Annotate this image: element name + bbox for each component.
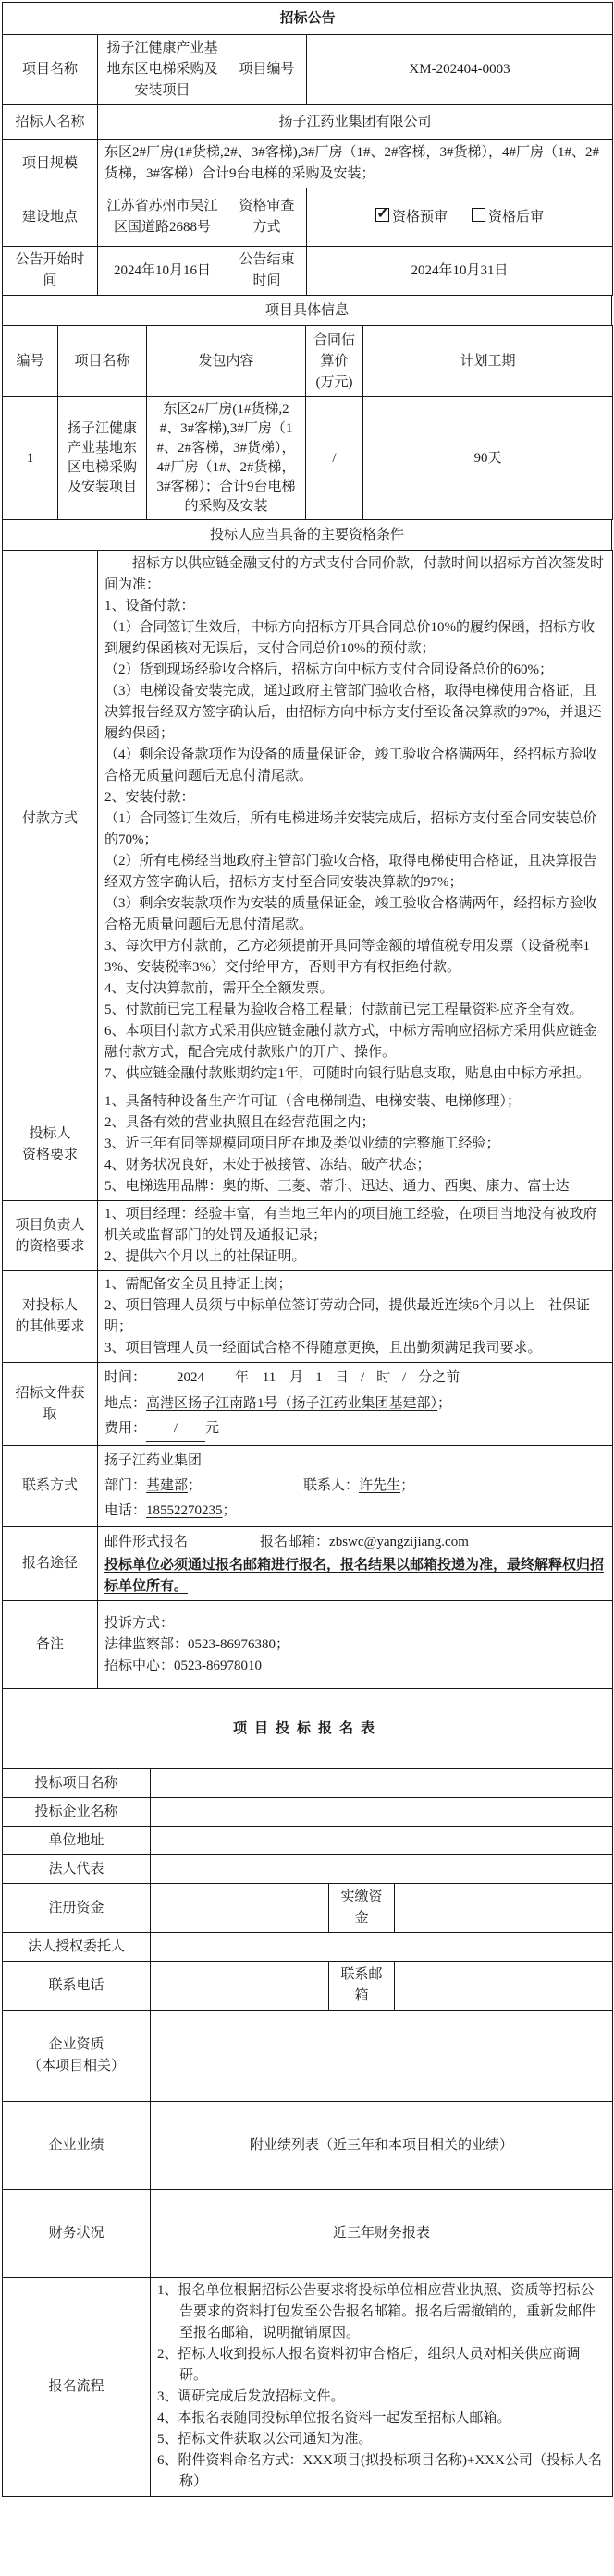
document-acquire-value: 时间：2024年11月1日/时/分之前 地点：高港区扬子江南路1号（扬子江药业集… — [98, 1363, 613, 1446]
project-no-value: XM-202404-0003 — [307, 35, 613, 105]
form-project-label: 投标项目名称 — [3, 1769, 151, 1798]
bidding-announcement-document: 招标公告 项目名称 扬子江健康产业基地东区电梯采购及安装项目 项目编号 XM-2… — [2, 2, 612, 2497]
remarks-label: 备注 — [3, 1601, 98, 1689]
signup-method: 邮件形式报名 — [104, 1535, 188, 1549]
postqualification-option-label: 资格后审 — [488, 210, 544, 225]
form-capital-field — [151, 1884, 329, 1933]
project-name-label: 项目名称 — [3, 35, 98, 105]
row-no: 1 — [3, 397, 58, 520]
form-email-label: 联系邮箱 — [329, 1962, 395, 2011]
signup-email: zbswc@yangzijiang.com — [329, 1535, 469, 1549]
contact-company: 扬子江药业集团 — [104, 1449, 606, 1474]
qualification-section-title: 投标人应当具备的主要资格条件 — [3, 520, 612, 551]
payment-method-text: 招标方以供应链金融支付的方式支付合同价款，付款时间以招标方首次签发时间为准： 1… — [98, 551, 613, 1088]
col-header-name: 项目名称 — [58, 326, 147, 397]
requirements-table: 付款方式 招标方以供应链金融支付的方式支付合同价款，付款时间以招标方首次签发时间… — [2, 550, 613, 1689]
acquire-place: 高港区扬子江南路1号（扬子江药业集团基建部） — [146, 1396, 437, 1411]
contact-person: 许先生 — [359, 1478, 400, 1493]
announcement-head-table: 招标公告 项目名称 扬子江健康产业基地东区电梯采购及安装项目 项目编号 XM-2… — [2, 2, 613, 296]
qualification-section: 投标人应当具备的主要资格条件 — [2, 519, 612, 551]
payment-method-label: 付款方式 — [3, 551, 98, 1088]
process-item: 5、招标文件获取以公司通知为准。 — [157, 2429, 606, 2450]
form-paid-capital-field — [395, 1884, 613, 1933]
form-qualification-label: 企业资质 （本项目相关） — [3, 2011, 151, 2102]
project-name-value: 扬子江健康产业基地东区电梯采购及安装项目 — [98, 35, 227, 105]
acquire-time-line: 时间：2024年11月1日/时/分之前 — [104, 1366, 606, 1391]
checked-checkbox-icon — [375, 208, 389, 222]
end-time-label: 公告结束时间 — [227, 247, 307, 296]
form-qualification-field — [151, 2011, 613, 2102]
other-requirements-label: 对投标人 的其他要求 — [3, 1271, 98, 1363]
month-blank: 11 — [249, 1366, 289, 1391]
form-finance-value: 近三年财务报表 — [151, 2190, 613, 2278]
form-company-label: 投标企业名称 — [3, 1798, 151, 1827]
signup-channel-label: 报名途径 — [3, 1527, 98, 1601]
form-phone-field — [151, 1962, 329, 2011]
location-value: 江苏省苏州市吴江区国道路2688号 — [98, 188, 227, 247]
contact-phone-line: 电话：18552270235； — [104, 1499, 606, 1524]
qualification-review-label: 资格审查方式 — [227, 188, 307, 247]
form-address-label: 单位地址 — [3, 1827, 151, 1855]
row-content: 东区2#厂房(1#货梯,2#、3#客梯),3#厂房（1#、2#客梯，3#货梯），… — [147, 397, 306, 520]
form-email-field — [395, 1962, 613, 2011]
col-header-no: 编号 — [3, 326, 58, 397]
table-row: 1 扬子江健康产业基地东区电梯采购及安装项目 东区2#厂房(1#货梯,2#、3#… — [3, 397, 613, 520]
row-project-name: 扬子江健康产业基地东区电梯采购及安装项目 — [58, 397, 147, 520]
contact-value: 扬子江药业集团 部门：基建部；联系人：许先生； 电话：18552270235； — [98, 1446, 613, 1527]
form-agent-label: 法人授权委托人 — [3, 1933, 151, 1962]
start-time-value: 2024年10月16日 — [98, 247, 227, 296]
announcement-title: 招标公告 — [3, 3, 613, 35]
start-time-label: 公告开始时间 — [3, 247, 98, 296]
tenderer-value: 扬子江药业集团有限公司 — [98, 105, 613, 140]
form-project-field — [151, 1769, 613, 1798]
other-requirements-text: 1、需配备安全员且持证上岗； 2、项目管理人员须与中标单位签订劳动合同，提供最近… — [98, 1271, 613, 1363]
form-phone-label: 联系电话 — [3, 1962, 151, 2011]
form-agent-field — [151, 1933, 613, 1962]
qualification-review-value: 资格预审资格后审 — [307, 188, 613, 247]
details-table: 编号 项目名称 发包内容 合同估算价(万元) 计划工期 1 扬子江健康产业基地东… — [2, 325, 613, 520]
form-process-value: 1、报名单位根据招标公告要求将投标单位相应营业执照、资质等招标公告要求的资料打包… — [151, 2278, 613, 2497]
fee-blank: / — [146, 1416, 205, 1442]
form-capital-label: 注册资金 — [3, 1884, 151, 1933]
day-blank: 1 — [303, 1366, 335, 1391]
scale-label: 项目规模 — [3, 140, 98, 188]
project-no-label: 项目编号 — [227, 35, 307, 105]
process-item: 2、招标人收到投标人报名资料初审合格后，组织人员对相关供应商调研。 — [157, 2344, 606, 2387]
col-header-price: 合同估算价(万元) — [306, 326, 363, 397]
document-acquire-label: 招标文件获取 — [3, 1363, 98, 1446]
col-header-duration: 计划工期 — [363, 326, 613, 397]
end-time-value: 2024年10月31日 — [307, 247, 613, 296]
form-finance-label: 财务状况 — [3, 2190, 151, 2278]
col-header-content: 发包内容 — [147, 326, 306, 397]
form-title: 项目投标报名表 — [3, 1689, 613, 1769]
process-item: 1、报名单位根据招标公告要求将投标单位相应营业执照、资质等招标公告要求的资料打包… — [157, 2280, 606, 2344]
acquire-fee-line: 费用：/元 — [104, 1416, 606, 1442]
signup-notice: 投标单位必须通过报名邮箱进行报名，报名结果以邮箱投递为准，最终解释权归招标单位所… — [104, 1555, 606, 1598]
form-performance-label: 企业业绩 — [3, 2102, 151, 2190]
form-legal-rep-field — [151, 1855, 613, 1884]
process-item: 3、调研完成后发放招标文件。 — [157, 2387, 606, 2408]
year-blank: 2024 — [146, 1366, 235, 1391]
acquire-place-line: 地点：高港区扬子江南路1号（扬子江药业集团基建部）； — [104, 1391, 606, 1416]
bidder-qualification-text: 1、具备特种设备生产许可证（含电梯制造、电梯安装、电梯修理）； 2、具备有效的营… — [98, 1088, 613, 1201]
remarks-text: 投诉方式： 法律监察部：0523-86976380； 招标中心：0523-869… — [98, 1601, 613, 1689]
form-address-field — [151, 1827, 613, 1855]
form-company-field — [151, 1798, 613, 1827]
unchecked-checkbox-icon — [472, 208, 485, 222]
minute-blank: / — [390, 1366, 418, 1391]
contact-dept: 基建部 — [146, 1478, 188, 1493]
signup-method-line: 邮件形式报名报名邮箱：zbswc@yangzijiang.com — [104, 1530, 606, 1555]
prequalification-option-label: 资格预审 — [392, 210, 448, 225]
details-section: 项目具体信息 — [2, 295, 612, 326]
manager-qualification-text: 1、项目经理：经验丰富，有当地三年内的项目施工经验，在项目当地没有被政府机关或监… — [98, 1201, 613, 1271]
form-paid-capital-label: 实缴资金 — [329, 1884, 395, 1933]
manager-qualification-label: 项目负责人 的资格要求 — [3, 1201, 98, 1271]
row-duration: 90天 — [363, 397, 613, 520]
contact-label: 联系方式 — [3, 1446, 98, 1527]
form-process-label: 报名流程 — [3, 2278, 151, 2497]
row-price: / — [306, 397, 363, 520]
form-performance-value: 附业绩列表（近三年和本项目相关的业绩） — [151, 2102, 613, 2190]
tenderer-label: 招标人名称 — [3, 105, 98, 140]
contact-dept-line: 部门：基建部；联系人：许先生； — [104, 1474, 606, 1499]
scale-value: 东区2#厂房(1#货梯,2#、3#客梯),3#厂房（1#、2#客梯，3#货梯），… — [98, 140, 613, 188]
signup-channel-value: 邮件形式报名报名邮箱：zbswc@yangzijiang.com 投标单位必须通… — [98, 1527, 613, 1601]
location-label: 建设地点 — [3, 188, 98, 247]
contact-phone: 18552270235 — [146, 1503, 223, 1518]
hour-blank: / — [349, 1366, 376, 1391]
signup-form-table: 项目投标报名表 投标项目名称 投标企业名称 单位地址 法人代表 注册资金 实缴资… — [2, 1688, 613, 2497]
details-section-title: 项目具体信息 — [3, 296, 612, 326]
bidder-qualification-label: 投标人 资格要求 — [3, 1088, 98, 1201]
process-item: 4、本报名表随同投标单位报名资料一起发至招标人邮箱。 — [157, 2408, 606, 2429]
process-item: 6、附件资料命名方式：XXX项目(拟投标项目名称)+XXX公司（投标人名称） — [157, 2450, 606, 2493]
form-legal-rep-label: 法人代表 — [3, 1855, 151, 1884]
